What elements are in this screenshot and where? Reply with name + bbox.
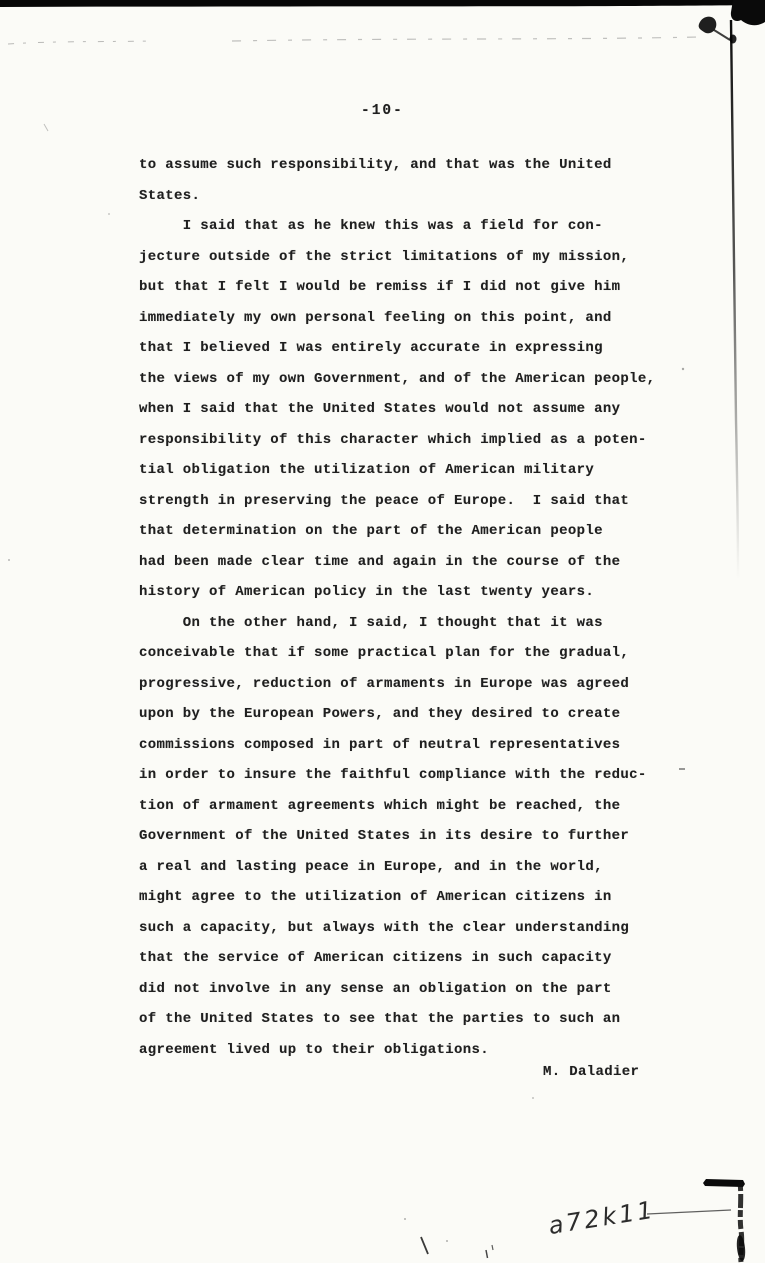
text-line: I said that as he knew this was a field … [139,211,679,242]
scan-corner-top-right [699,17,737,44]
text-line: agreement lived up to their obligations. [139,1035,679,1066]
text-line: the views of my own Government, and of t… [139,364,679,395]
signature-attribution: M. Daladier [543,1064,639,1080]
scan-fold-line-right [731,20,738,578]
text-line: Government of the United States in its d… [139,821,679,852]
text-line: progressive, reduction of armaments in E… [139,669,679,700]
text-line: had been made clear time and again in th… [139,547,679,578]
scan-crease-line-top [8,37,700,131]
scan-edge-top [0,0,765,25]
handwritten-archive-code: a72k11 [547,1195,658,1240]
text-line: that the service of American citizens in… [139,943,679,974]
text-line: strength in preserving the peace of Euro… [139,486,679,517]
scan-bracket-bottom-right [647,1179,746,1262]
document-page: -10- to assume such responsibility, and … [0,0,765,1263]
text-line: tion of armament agreements which might … [139,791,679,822]
text-line: of the United States to see that the par… [139,1004,679,1035]
scan-marks-bottom-left [421,1237,493,1258]
text-line: to assume such responsibility, and that … [139,150,679,181]
scan-line-bottom-right [647,1210,731,1214]
text-line: when I said that the United States would… [139,394,679,425]
text-line: such a capacity, but always with the cle… [139,913,679,944]
text-line: might agree to the utilization of Americ… [139,882,679,913]
text-line: On the other hand, I said, I thought tha… [139,608,679,639]
text-line: that I believed I was entirely accurate … [139,333,679,364]
text-line: responsibility of this character which i… [139,425,679,456]
text-line: States. [139,181,679,212]
text-line: in order to insure the faithful complian… [139,760,679,791]
text-line: immediately my own personal feeling on t… [139,303,679,334]
page-number: -10- [361,103,404,119]
text-line: history of American policy in the last t… [139,577,679,608]
text-line: conceivable that if some practical plan … [139,638,679,669]
typewritten-lines: to assume such responsibility, and that … [139,150,679,1065]
text-line: jecture outside of the strict limitation… [139,242,679,273]
text-line: upon by the European Powers, and they de… [139,699,679,730]
text-line: that determination on the part of the Am… [139,516,679,547]
text-line: commissions composed in part of neutral … [139,730,679,761]
text-line: a real and lasting peace in Europe, and … [139,852,679,883]
text-line: but that I felt I would be remiss if I d… [139,272,679,303]
text-line: tial obligation the utilization of Ameri… [139,455,679,486]
text-line: did not involve in any sense an obligati… [139,974,679,1005]
